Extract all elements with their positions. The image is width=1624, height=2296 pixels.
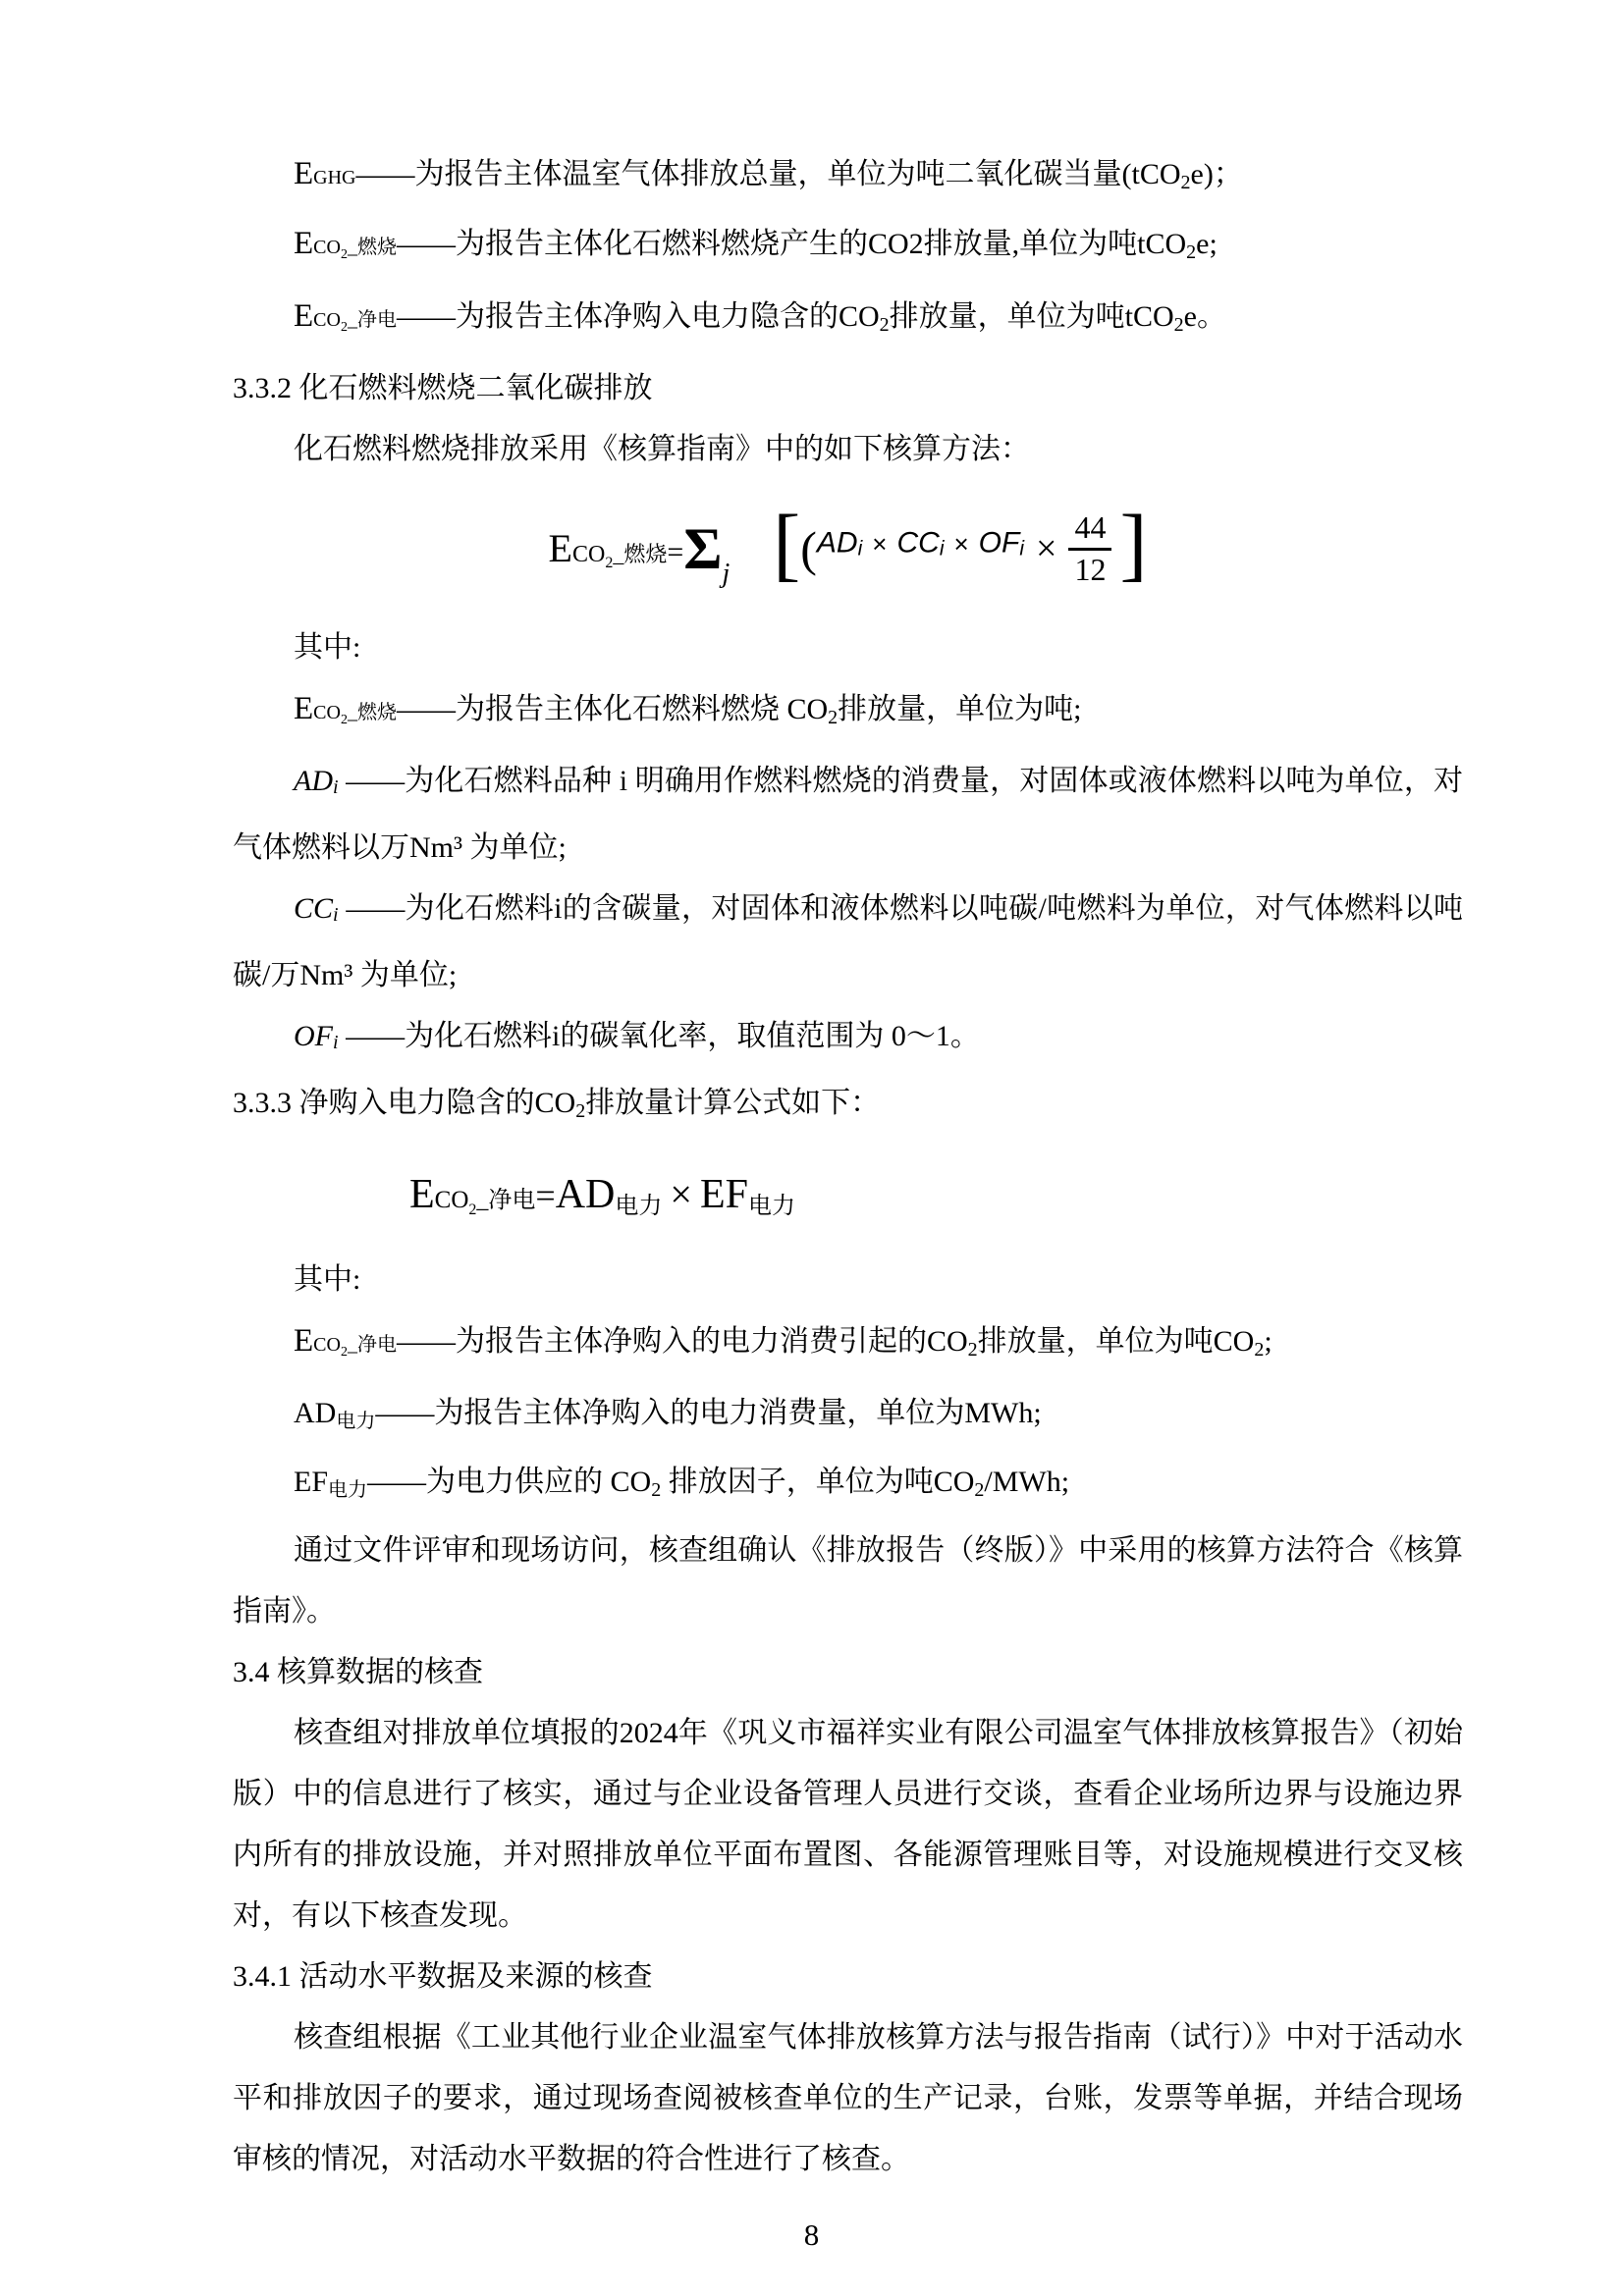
- symbol-ad: AD: [294, 1397, 336, 1429]
- def-ad-elec: AD电力——为报告主体净购入的电力消费量，单位为MWh;: [233, 1383, 1463, 1452]
- def-eco2-net-elec: ECO2_净电——为报告主体净购入的电力消费引起的CO2排放量，单位为吨CO2;: [233, 1310, 1463, 1383]
- symbol-of: OF: [294, 1020, 333, 1052]
- times-symbol: ×: [670, 1172, 692, 1216]
- section-heading-3-4-1: 3.4.1 活动水平数据及来源的核查: [233, 1947, 1463, 2007]
- sigma-index: j: [723, 559, 731, 590]
- def-eco2-combustion: ECO2_燃烧——为报告主体化石燃料燃烧 CO2排放量，单位为吨;: [233, 678, 1463, 751]
- def-adi: ADi ——为化石燃料品种 i 明确用作燃料燃烧的消费量，对固体或液体燃料以吨为…: [233, 751, 1463, 879]
- symbol-e: E: [294, 298, 313, 334]
- formula-net-electricity: ECO2_净电=AD电力×EF电力: [233, 1142, 1463, 1250]
- formula1-terms: (ADi×CCi×OFi: [800, 520, 1024, 577]
- def-ef-elec: EF电力——为电力供应的 CO2 排放因子，单位为吨CO2/MWh;: [233, 1452, 1463, 1521]
- symbol-e: E: [294, 156, 313, 191]
- document-page: EGHG——为报告主体温室气体排放总量，单位为吨二氧化碳当量(tCO2e)； E…: [0, 0, 1624, 2296]
- bracket-open: [: [773, 504, 800, 586]
- formula-fossil-fuel-co2: ECO2_燃烧= Σ j [ (ADi×CCi×OFi × 4412 ]: [233, 480, 1463, 617]
- times-symbol: ×: [1036, 527, 1056, 570]
- net-electricity-co2-definition: ECO2_净电——为报告主体净购入电力隐含的CO2排放量，单位为吨tCO2e。: [233, 286, 1463, 358]
- ghg-total-definition: EGHG——为报告主体温室气体排放总量，单位为吨二氧化碳当量(tCO2e)；: [233, 143, 1463, 213]
- symbol-e: E: [294, 691, 313, 726]
- label-among-2: 其中:: [233, 1250, 1463, 1310]
- section-heading-3-4: 3.4 核算数据的核查: [233, 1642, 1463, 1703]
- section-heading-3-3-3: 3.3.3 净购入电力隐含的CO2排放量计算公式如下：: [233, 1073, 1463, 1142]
- symbol-ef: EF: [294, 1466, 328, 1498]
- document-body: EGHG——为报告主体温室气体排放总量，单位为吨二氧化碳当量(tCO2e)； E…: [233, 143, 1463, 2253]
- label-among-1: 其中:: [233, 617, 1463, 678]
- formula1-lhs: ECO2_燃烧=: [549, 525, 684, 572]
- symbol-ad: AD: [294, 765, 333, 797]
- bracket-close: ]: [1119, 504, 1147, 586]
- symbol-e: E: [294, 226, 313, 261]
- paragraph-3-4-1: 核查组根据《工业其他行业企业温室气体排放核算方法与报告指南（试行）》中对于活动水…: [233, 2007, 1463, 2190]
- page-number: 8: [196, 2217, 1427, 2253]
- fraction-44-12: 4412: [1068, 510, 1111, 586]
- paragraph-method-intro: 化石燃料燃烧排放采用《核算指南》中的如下核算方法：: [233, 419, 1463, 480]
- def-ofi: OFi ——为化石燃料i的碳氧化率，取值范围为 0～1。: [233, 1006, 1463, 1073]
- paragraph-3-4: 核查组对排放单位填报的2024年《巩义市福祥实业有限公司温室气体排放核算报告》（…: [233, 1703, 1463, 1947]
- section-heading-3-3-2: 3.3.2 化石燃料燃烧二氧化碳排放: [233, 358, 1463, 419]
- symbol-sub-ghg: GHG: [313, 167, 355, 188]
- symbol-e: E: [294, 1323, 313, 1359]
- sigma-symbol: Σ: [683, 519, 722, 578]
- def-cci: CCi ——为化石燃料i的含碳量，对固体和液体燃料以吨碳/吨燃料为单位，对气体燃…: [233, 879, 1463, 1006]
- paragraph-conclusion: 通过文件评审和现场访问，核查组确认《排放报告（终版）》中采用的核算方法符合《核算…: [233, 1521, 1463, 1642]
- symbol-cc: CC: [294, 892, 333, 925]
- fossil-co2-definition: ECO2_燃烧——为报告主体化石燃料燃烧产生的CO2排放量,单位为吨tCO2e;: [233, 213, 1463, 286]
